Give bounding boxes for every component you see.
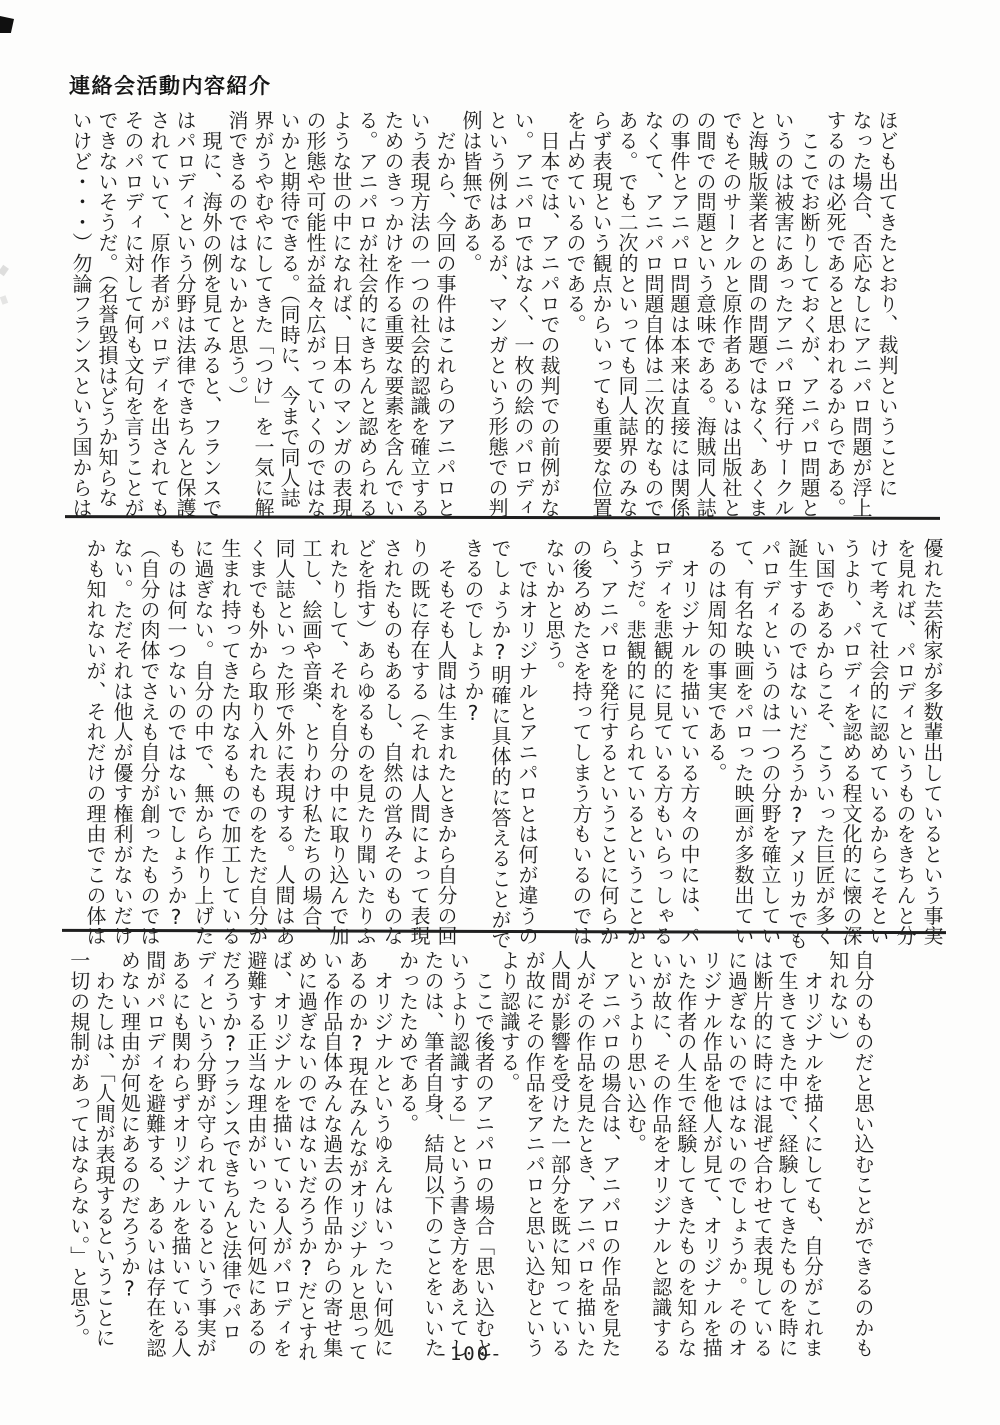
- text-column: アニパロの場合は、アニパロの作品を見た: [597, 950, 622, 1354]
- text-column: ある。でも二次的といっても同人誌界のみな: [614, 110, 640, 514]
- essay-block-3: 自分のものだと思い込むことができるのかも知れない） オリジナルを描くにしても、自…: [66, 950, 876, 1354]
- text-column: で生きてきた中で、経験してきたものを時に: [774, 950, 799, 1354]
- text-column: 工し、絵画や音楽、とりわけ私たちの場合、: [297, 538, 324, 942]
- text-column: ほども出てきたとおり、裁判ということに: [874, 110, 900, 514]
- text-column: いが故に、その作品をオリジナルと認識する: [647, 950, 672, 1354]
- text-column: いけど・・・）勿論フランスという国からは: [68, 110, 94, 514]
- text-column: 例は皆無である。: [458, 110, 484, 514]
- text-column: の事件とアニパロ問題は本来は直接には関係: [666, 110, 692, 514]
- text-column: らず表現という観点からいっても重要な位置: [588, 110, 614, 514]
- text-column: （自分の肉体でさえも自分が創ったものでは: [135, 538, 162, 942]
- text-column: ディという分野が守られているという事実が: [192, 950, 217, 1354]
- text-column: ないかと思う。: [540, 538, 567, 942]
- text-column: ためのきっかけを作る重要な要素を含んでい: [380, 110, 406, 514]
- text-column: 知れない）: [824, 950, 849, 1354]
- text-column: 日本では、アニパロでの裁判での前例がな: [536, 110, 562, 514]
- text-column: い国であるからこそ、こういった巨匠が多く: [810, 538, 837, 942]
- text-column: 現に、海外の例を見てみると、フランスで: [198, 110, 224, 514]
- text-column: でもそのサークルと原作者あるいは出版社と: [718, 110, 744, 514]
- scan-artifact-speck: [0, 265, 9, 276]
- text-column: が故にその作品をアニパロと思い込むという: [521, 950, 546, 1354]
- page-title: 連絡会活動内容紹介: [69, 70, 272, 100]
- text-column: めない理由が何処にあるのだろうか?: [116, 950, 141, 1354]
- text-column: と海賊版業者との間の問題ではなく、あくま: [744, 110, 770, 514]
- text-column: いる作品自体みんな過去の作品からの寄せ集: [318, 950, 343, 1354]
- text-column: を占めているのである。: [562, 110, 588, 514]
- text-column: いうより認識する」という書き方をあえてし: [445, 950, 470, 1354]
- text-column: オリジナルを描いている方々の中には、パ: [675, 538, 702, 942]
- text-column: だろうか?フランスできちんと法律でパロ: [217, 950, 242, 1354]
- text-column: いうのは被害にあったアニパロ発行サークル: [770, 110, 796, 514]
- text-column: は断片的に時には混ぜ合わせて表現している: [749, 950, 774, 1354]
- text-column: されたものもあるし、自然の営みそのものな: [378, 538, 405, 942]
- text-column: うより、パロディを認める程文化的に懐の深: [837, 538, 864, 942]
- text-column: 一切の規制があってはならない。」と思う。: [66, 950, 91, 1354]
- text-column: ような世の中になれば、日本のマンガの表現: [328, 110, 354, 514]
- text-column: の後ろめたさを持ってしまう方もいるのでは: [567, 538, 594, 942]
- text-column: あるにも関わらずオリジナルを描いている人: [167, 950, 192, 1354]
- text-column: の間での問題という意味である。海賊同人誌: [692, 110, 718, 514]
- essay-block-1: ほども出てきたとおり、裁判ということになった場合、否応なしにアニパロ問題が浮上す…: [68, 110, 900, 514]
- text-column: 同人誌といった形で外に表現する。人間はあ: [270, 538, 297, 942]
- text-column: パロディというのは一つの分野を確立してい: [756, 538, 783, 942]
- text-column: いた作者の人生で経験してきたものを知らな: [673, 950, 698, 1354]
- text-column: かったためである。: [394, 950, 419, 1354]
- text-column: 生まれ持ってきた内なるもので加工している: [216, 538, 243, 942]
- text-column: 誕生するのではないだろうか?アメリカでも: [783, 538, 810, 942]
- text-column: でしょうか?明確に具体的に答えることがで: [486, 538, 513, 942]
- text-column: けて考えて社会的に認めているからこそとい: [864, 538, 891, 942]
- text-column: ではオリジナルとアニパロとは何が違うの: [513, 538, 540, 942]
- text-column: ら、アニパロを発行するということに何らか: [594, 538, 621, 942]
- text-column: そもそも人間は生まれたときから自分の回: [432, 538, 459, 942]
- text-column: なった場合、否応なしにアニパロ問題が浮上: [848, 110, 874, 514]
- text-column: りの既に存在する（それは人間によって表現: [405, 538, 432, 942]
- text-column: ようだ。悲観的に見られているということか: [621, 538, 648, 942]
- text-column: 人がその作品を見たとき、アニパロを描いた: [571, 950, 596, 1354]
- text-column: できないそうだ。（名誉毀損はどうか知らな: [94, 110, 120, 514]
- text-column: どを指す）あらゆるものを見たり聞いたりふ: [351, 538, 378, 942]
- text-column: るのは周知の事実である。: [702, 538, 729, 942]
- text-column: ば、オリジナルを描いている人がパロディを: [268, 950, 293, 1354]
- text-column: 間がパロディを避難する、あるいは存在を認: [141, 950, 166, 1354]
- text-column: めに過ぎないのではないだろうか?だとすれ: [293, 950, 318, 1354]
- text-column: かも知れないが、それだけの理由でこの体は: [81, 538, 108, 942]
- text-column: 消できるのではないかと思う。）: [224, 110, 250, 514]
- text-column: て、有名な映画をパロった映画が多数出てい: [729, 538, 756, 942]
- text-column: はパロディという分野は法律できちんと保護: [172, 110, 198, 514]
- text-column: というより思い込む。: [622, 950, 647, 1354]
- text-column: い。アニパロではなく、一枚の絵のパロディ: [510, 110, 536, 514]
- text-column: ない。ただそれは他人が優す権利がないだけ: [108, 538, 135, 942]
- text-column: いかと期待できる。（同時に、今まで同人誌: [276, 110, 302, 514]
- text-column: の形態や可能性が益々広がっていくのではな: [302, 110, 328, 514]
- text-column: 避難する正当な理由がいったい何処にあるの: [243, 950, 268, 1354]
- text-column: 人間が影響を受けた一部分を既に知っている: [546, 950, 571, 1354]
- text-column: あるのか?現在みんながオリジナルと思って: [344, 950, 369, 1354]
- text-column: る。アニパロが社会的にきちんと認められる: [354, 110, 380, 514]
- scanned-page: 連絡会活動内容紹介 ほども出てきたとおり、裁判ということになった場合、否応なしに…: [0, 0, 1000, 1425]
- text-column: ロディを悲観的に見ている方もいらっしゃる: [648, 538, 675, 942]
- text-column: れたりして、それを自分の中に取り込んで加: [324, 538, 351, 942]
- text-column: いう表現方法の一つの社会的認識を確立する: [406, 110, 432, 514]
- essay-block-2: 優れた芸術家が多数輩出しているという事実を見れば、パロディというものをきちんと分…: [81, 538, 945, 942]
- text-column: きるのでしょうか?: [459, 538, 486, 942]
- text-column: ここで後者のアニパロの場合「思い込むと: [470, 950, 495, 1354]
- text-column: ここでお断りしておくが、アニパロ問題と: [796, 110, 822, 514]
- text-column: を見れば、パロディというものをきちんと分: [891, 538, 918, 942]
- text-column: という例はあるが、マンガという形態での判: [484, 110, 510, 514]
- text-column: に過ぎない。自分の中で、無から作り上げた: [189, 538, 216, 942]
- text-column: なくて、アニパロ問題自体は二次的なもので: [640, 110, 666, 514]
- page-number: -100-: [0, 1343, 940, 1365]
- text-column: だから、今回の事件はこれらのアニパロと: [432, 110, 458, 514]
- text-column: より認識する。: [496, 950, 521, 1354]
- scan-artifact-corner: [0, 16, 14, 33]
- text-column: 自分のものだと思い込むことができるのかも: [850, 950, 875, 1354]
- text-column: そのパロディに対して何も文句を言うことが: [120, 110, 146, 514]
- text-column: わたしは、「人間が表現するということに: [91, 950, 116, 1354]
- text-column: するのは必死であると思われるからである。: [822, 110, 848, 514]
- text-column: くまでも外から取り入れたものをただ自分が: [243, 538, 270, 942]
- text-column: 優れた芸術家が多数輩出しているという事実: [918, 538, 945, 942]
- text-column: ものは何一つないのではないでしょうか?: [162, 538, 189, 942]
- text-column: に過ぎないのではないのでしょうか。そのオ: [723, 950, 748, 1354]
- text-column: オリジナルを描くにしても、自分がこれま: [799, 950, 824, 1354]
- section-divider-1: [65, 515, 940, 520]
- text-column: 界がうやむやにしてきた「つけ」を一気に解: [250, 110, 276, 514]
- text-column: オリジナルというゆえんはいったい何処に: [369, 950, 394, 1354]
- text-column: たのは、筆者自身、結局以下のことをいいた: [420, 950, 445, 1354]
- text-column: されていて、原作者がパロディを出されても: [146, 110, 172, 514]
- text-column: リジナル作品を他人が見て、オリジナルを描: [698, 950, 723, 1354]
- scan-artifact-speck: [0, 295, 8, 305]
